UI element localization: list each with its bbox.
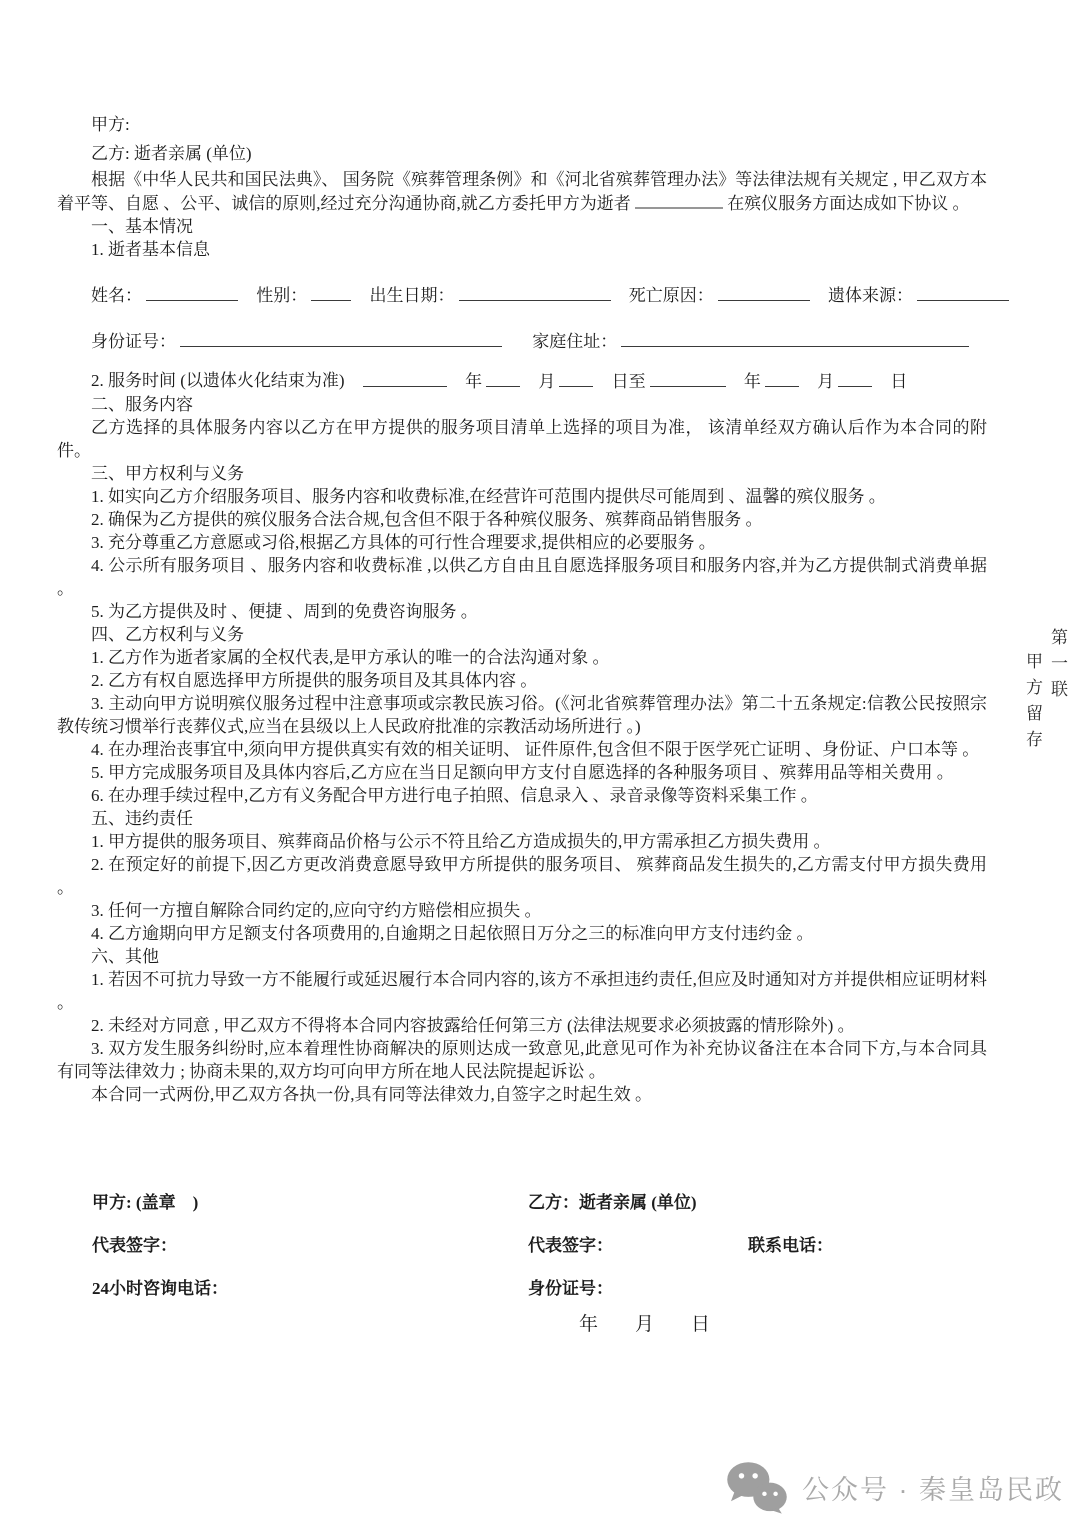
id-number-label: 身份证号：: [91, 332, 176, 351]
date-day-unit: 日: [691, 1314, 711, 1335]
section6-item: 3. 双方发生服务纠纷时,应本着理性协商解决的原则达成一致意见,此意见可作为补充…: [57, 1037, 987, 1083]
name-label: 姓名：: [91, 286, 142, 305]
birth-date-label: 出生日期：: [370, 286, 455, 305]
section4-item: 1. 乙方作为逝者家属的全权代表,是甲方承认的唯一的合法沟通对象 。: [57, 646, 987, 669]
death-cause-blank-line: [718, 284, 810, 301]
contact-phone-label: 联系电话：: [748, 1231, 833, 1256]
party-a-stamp-label: 甲方: (盖章 ): [92, 1188, 198, 1213]
section3-item: 3. 充分尊重乙方意愿或习俗,根据乙方具体的可行性合理要求,提供相应的必要服务 …: [57, 531, 987, 554]
section4-item: 3. 主动向甲方说明殡仪服务过程中注意事项或宗教民族习俗。(《河北省殡葬管理办法…: [57, 692, 987, 738]
section5-item: 4. 乙方逾期向甲方足额支付各项费用的,自逾期之日起依照日万分之三的标准向甲方支…: [57, 922, 987, 945]
service-time-row: 2. 服务时间 (以遗体火化结束为准) 年 月 日至 年 月 日: [57, 369, 987, 392]
name-blank-line: [146, 284, 238, 301]
section3-item: 2. 确保为乙方提供的殡仪服务合法合规,包含但不限于各种殡仪服务、殡葬商品销售服…: [57, 508, 987, 531]
section4-item: 4. 在办理治丧事宜中,须向甲方提供真实有效的相关证明、 证件原件,包含但不限于…: [57, 738, 987, 761]
section3-item: 4. 公示所有服务项目 、服务内容和收费标准 ,以供乙方自由且自愿选择服务项目和…: [57, 554, 987, 600]
end-month-unit: 月: [817, 372, 834, 391]
end-year-blank-line: [650, 369, 726, 386]
deceased-name-blank-line: [635, 191, 723, 209]
party-a-rep-sign-label: 代表签字：: [92, 1231, 177, 1256]
home-address-label: 家庭住址：: [532, 332, 617, 351]
section5-item: 3. 任何一方擅自解除合同约定的,应向守约方赔偿相应损失 。: [57, 899, 987, 922]
signature-date-line: 年月日: [579, 1309, 747, 1336]
section1-sub-heading: 1. 逝者基本信息: [57, 238, 987, 261]
party-b-label: 乙方: 逝者亲属 (单位): [57, 139, 987, 168]
section5-item: 2. 在预定好的前提下,因乙方更改消费意愿导致甲方所提供的服务项目、 殡葬商品发…: [57, 853, 987, 899]
section2-heading: 二、服务内容: [57, 393, 987, 416]
id-number-blank-line: [180, 330, 502, 347]
section3-heading: 三、甲方权利与义务: [57, 462, 987, 485]
section3-item: 1. 如实向乙方介绍服务项目、服务内容和收费标准,在经营许可范围内提供尽可能周到…: [57, 485, 987, 508]
section4-item: 6. 在办理手续过程中,乙方有义务配合甲方进行电子拍照、信息录入 、录音录像等资…: [57, 784, 987, 807]
start-month-unit: 月: [538, 372, 555, 391]
gender-label: 性别：: [256, 286, 307, 305]
service-time-label: 2. 服务时间 (以遗体火化结束为准): [91, 372, 345, 391]
start-month-blank-line: [486, 369, 520, 386]
body-source-blank-line: [917, 284, 1009, 301]
funeral-service-contract-document: 甲方: 乙方: 逝者亲属 (单位) 根据《中华人民共和国民法典》、 国务院《殡葬…: [0, 0, 1080, 1527]
party-b-id-label: 身份证号：: [528, 1274, 613, 1299]
section1-heading: 一、基本情况: [57, 215, 987, 238]
signature-block: 甲方: (盖章 ) 代表签字： 24小时咨询电话： 乙方：逝者亲属 (单位) 代…: [57, 1188, 987, 1348]
start-day-blank-line: [559, 369, 593, 386]
section6-heading: 六、其他: [57, 945, 987, 968]
section4-item: 5. 甲方完成服务项目及具体内容后,乙方应在当日足额向甲方支付自愿选择的各种服务…: [57, 761, 987, 784]
birth-date-blank-line: [459, 284, 611, 301]
deceased-info-row-1: 姓名： 性别： 出生日期： 死亡原因： 遗体来源：: [57, 284, 987, 307]
hotline-24h-label: 24小时咨询电话：: [92, 1274, 228, 1299]
copy-number-label: 第一联: [1045, 628, 1070, 756]
party-b-rep-sign-label: 代表签字：: [528, 1231, 613, 1256]
start-year-blank-line: [363, 369, 447, 386]
end-day-unit: 日: [890, 372, 907, 391]
copy-designation-vertical-label: 第一联 甲方留存: [1020, 628, 1070, 756]
copy-holder-label: 甲方留存: [1020, 652, 1045, 756]
start-year-unit: 年: [465, 372, 482, 391]
deceased-info-row-2: 身份证号： 家庭住址：: [57, 330, 987, 353]
intro-paragraph: 根据《中华人民共和国民法典》、 国务院《殡葬管理条例》和《河北省殡葬管理办法》等…: [57, 168, 987, 215]
intro-text-after: 在殡仪服务方面达成如下协议 。: [727, 194, 969, 213]
section3-item: 5. 为乙方提供及时 、便捷 、周到的免费咨询服务 。: [57, 600, 987, 623]
death-cause-label: 死亡原因：: [629, 286, 714, 305]
wechat-icon: [726, 1460, 788, 1514]
section4-heading: 四、乙方权利与义务: [57, 623, 987, 646]
section2-paragraph: 乙方选择的具体服务内容以乙方在甲方提供的服务项目清单上选择的项目为准， 该清单经…: [57, 416, 987, 462]
section4-item: 2. 乙方有权自愿选择甲方所提供的服务项目及其具体内容 。: [57, 669, 987, 692]
day-to-unit: 日至: [612, 372, 646, 391]
date-year-unit: 年: [579, 1314, 599, 1335]
section6-item: 1. 若因不可抗力导致一方不能履行或延迟履行本合同内容的,该方不承担违约责任,但…: [57, 968, 987, 1014]
watermark-text: 公众号 · 秦皇岛民政: [802, 1468, 1064, 1507]
section5-item: 1. 甲方提供的服务项目、殡葬商品价格与公示不符且给乙方造成损失的,甲方需承担乙…: [57, 830, 987, 853]
gender-blank-line: [311, 284, 351, 301]
party-b-title-label: 乙方：逝者亲属 (单位): [528, 1188, 697, 1213]
party-a-label: 甲方:: [57, 110, 987, 139]
contract-body: 甲方: 乙方: 逝者亲属 (单位) 根据《中华人民共和国民法典》、 国务院《殡葬…: [57, 110, 987, 1106]
home-address-blank-line: [621, 330, 969, 347]
closing-clause: 本合同一式两份,甲乙双方各执一份,具有同等法律效力,自签字之时起生效 。: [57, 1083, 987, 1106]
body-source-label: 遗体来源：: [828, 286, 913, 305]
end-month-blank-line: [765, 369, 799, 386]
section6-item: 2. 未经对方同意 , 甲乙双方不得将本合同内容披露给任何第三方 (法律法规要求…: [57, 1014, 987, 1037]
end-year-unit: 年: [744, 372, 761, 391]
end-day-blank-line: [838, 369, 872, 386]
official-account-watermark: 公众号 · 秦皇岛民政: [726, 1460, 1064, 1514]
date-month-unit: 月: [635, 1314, 655, 1335]
section5-heading: 五、违约责任: [57, 807, 987, 830]
